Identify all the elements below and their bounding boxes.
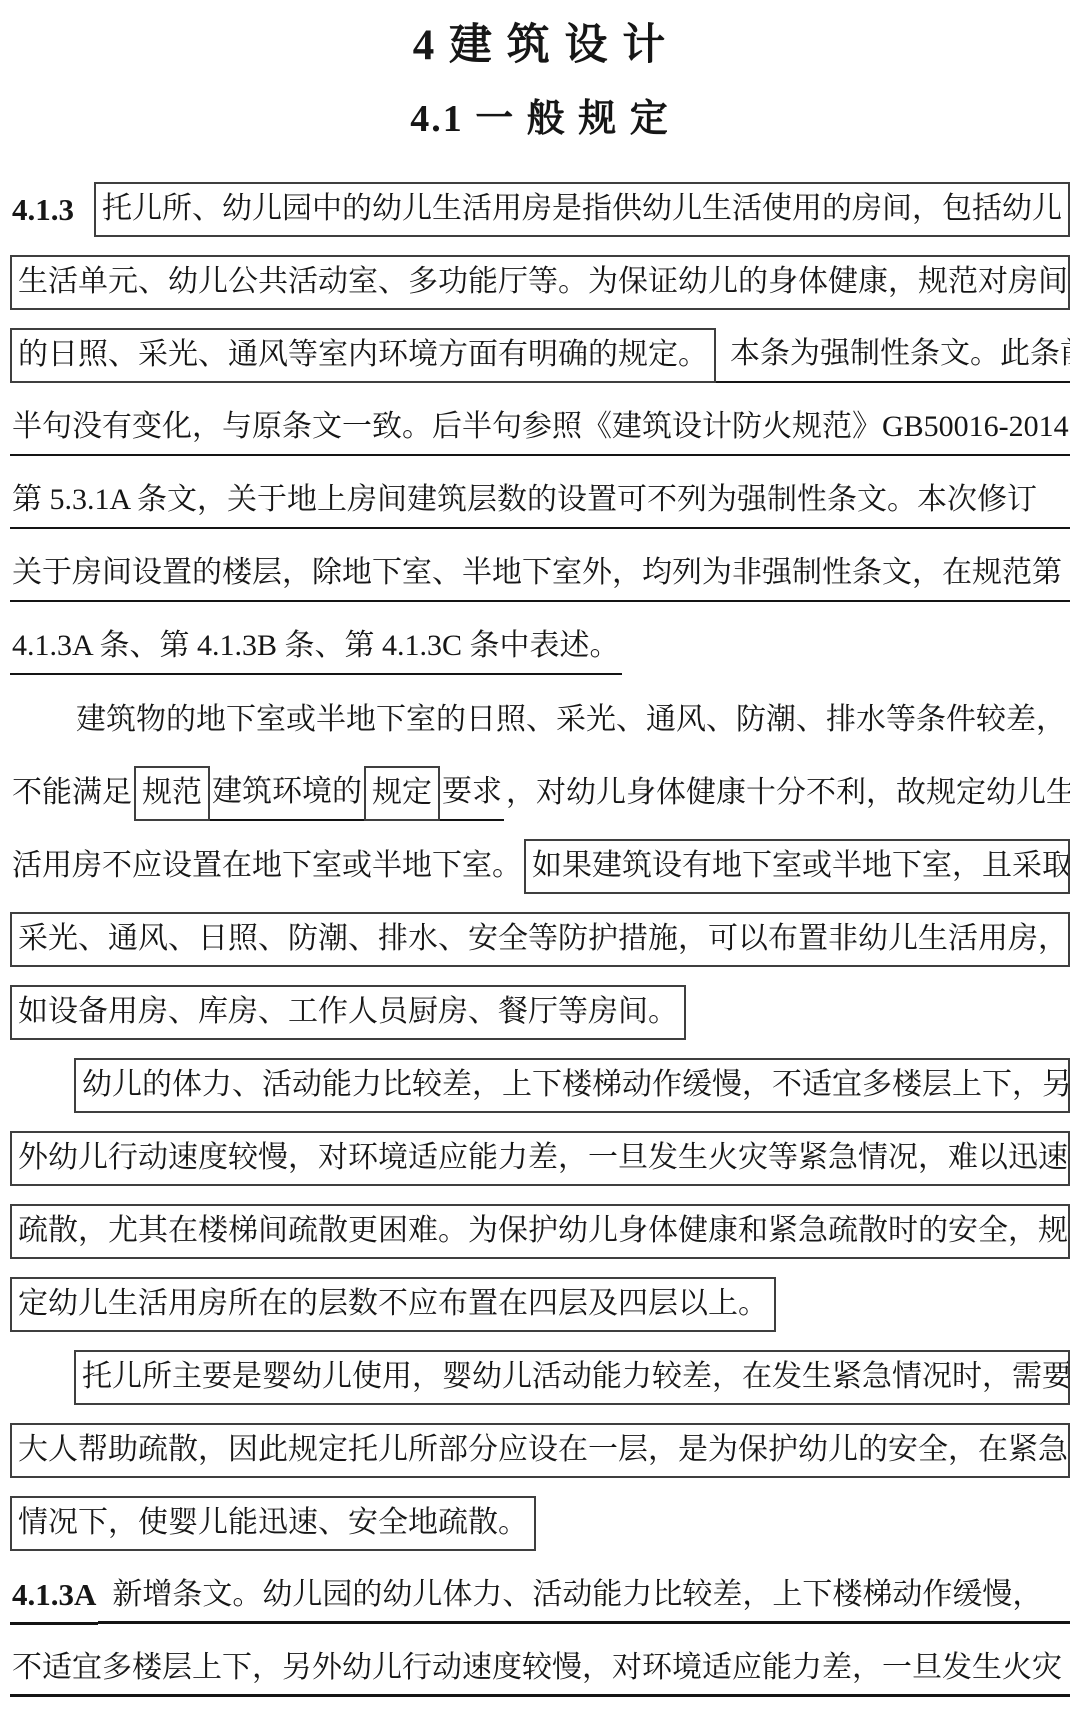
text-line: 关于房间设置的楼层，除地下室、半地下室外，均列为非强制性条文，在规范第 — [10, 538, 1070, 611]
text-line: 4.1.3A 条、第 4.1.3B 条、第 4.1.3C 条中表述。 — [10, 611, 1070, 684]
text-line: 的日照、采光、通风等室内环境方面有明确的规定。本条为强制性条文。此条前 — [10, 319, 1070, 392]
text-line: 活用房不应设置在地下室或半地下室。如果建筑设有地下室或半地下室，且采取 — [10, 830, 1070, 903]
text-line: 第 5.3.1A 条文，关于地上房间建筑层数的设置可不列为强制性条文。本次修订 — [10, 465, 1070, 538]
text-line: 如设备用房、库房、工作人员厨房、餐厅等房间。 — [10, 976, 1070, 1049]
text-line: 4.1.3托儿所、幼儿园中的幼儿生活用房是指供幼儿生活使用的房间，包括幼儿 — [10, 173, 1070, 246]
underlined-revision-text: 新增条文。幼儿园的幼儿体力、活动能力比较差，上下楼梯动作缓慢， — [98, 1569, 1070, 1625]
underlined-revision-text: 关于房间设置的楼层，除地下室、半地下室外，均列为非强制性条文，在规范第 — [10, 547, 1070, 602]
boxed-revision-text: 定幼儿生活用房所在的层数不应布置在四层及四层以上。 — [10, 1277, 776, 1332]
underlined-revision-text: 本条为强制性条文。此条前 — [716, 328, 1070, 383]
text-line: 情况下，使婴儿能迅速、安全地疏散。 — [10, 1487, 1070, 1560]
text-line: 大人帮助疏散，因此规定托儿所部分应设在一层，是为保护幼儿的安全，在紧急 — [10, 1414, 1070, 1487]
underlined-revision-text: 要求 — [440, 766, 504, 821]
boxed-revision-text: 规范 — [134, 766, 210, 821]
text-line: 建筑物的地下室或半地下室的日照、采光、通风、防潮、排水等条件较差， — [74, 684, 1070, 757]
underlined-revision-text: 建筑环境的 — [210, 766, 364, 821]
document-page: 4 建 筑 设 计 4.1 一 般 规 定 4.1.3托儿所、幼儿园中的幼儿生活… — [0, 0, 1080, 1706]
boxed-revision-text: 如设备用房、库房、工作人员厨房、餐厅等房间。 — [10, 985, 686, 1040]
text-line: 不适宜多楼层上下，另外幼儿行动速度较慢，对环境适应能力差，一旦发生火灾 — [10, 1633, 1070, 1706]
boxed-revision-text: 疏散，尤其在楼梯间疏散更困难。为保护幼儿身体健康和紧急疏散时的安全，规 — [10, 1204, 1070, 1259]
boxed-revision-text: 幼儿的体力、活动能力比较差，上下楼梯动作缓慢，不适宜多楼层上下，另 — [74, 1058, 1070, 1113]
chapter-title: 4 建 筑 设 计 — [10, 22, 1070, 69]
text-line: 疏散，尤其在楼梯间疏散更困难。为保护幼儿身体健康和紧急疏散时的安全，规 — [10, 1195, 1070, 1268]
text-line: 生活单元、幼儿公共活动室、多功能厅等。为保证幼儿的身体健康，规范对房间 — [10, 246, 1070, 319]
text-line: 4.1.3A新增条文。幼儿园的幼儿体力、活动能力比较差，上下楼梯动作缓慢， — [10, 1560, 1070, 1633]
body-text: 不能满足 — [10, 767, 134, 820]
body-text: 建筑物的地下室或半地下室的日照、采光、通风、防潮、排水等条件较差， — [74, 694, 1070, 747]
boxed-revision-text: 的日照、采光、通风等室内环境方面有明确的规定。 — [10, 328, 716, 383]
boxed-revision-text: 外幼儿行动速度较慢，对环境适应能力差，一旦发生火灾等紧急情况，难以迅速 — [10, 1131, 1070, 1186]
text-line: 幼儿的体力、活动能力比较差，上下楼梯动作缓慢，不适宜多楼层上下，另 — [74, 1049, 1070, 1122]
boxed-revision-text: 大人帮助疏散，因此规定托儿所部分应设在一层，是为保护幼儿的安全，在紧急 — [10, 1423, 1070, 1478]
document-body: 4.1.3托儿所、幼儿园中的幼儿生活用房是指供幼儿生活使用的房间，包括幼儿生活单… — [10, 173, 1070, 1706]
text-line: 外幼儿行动速度较慢，对环境适应能力差，一旦发生火灾等紧急情况，难以迅速 — [10, 1122, 1070, 1195]
text-line: 定幼儿生活用房所在的层数不应布置在四层及四层以上。 — [10, 1268, 1070, 1341]
boxed-revision-text: 生活单元、幼儿公共活动室、多功能厅等。为保证幼儿的身体健康，规范对房间 — [10, 255, 1070, 310]
boxed-revision-text: 托儿所、幼儿园中的幼儿生活用房是指供幼儿生活使用的房间，包括幼儿 — [94, 182, 1070, 237]
underlined-revision-text: 第 5.3.1A 条文，关于地上房间建筑层数的设置可不列为强制性条文。本次修订 — [10, 474, 1070, 529]
text-line: 托儿所主要是婴幼儿使用，婴幼儿活动能力较差，在发生紧急情况时，需要 — [74, 1341, 1070, 1414]
underlined-revision-text: 4.1.3A 条、第 4.1.3B 条、第 4.1.3C 条中表述。 — [10, 620, 622, 675]
boxed-revision-text: 规定 — [364, 766, 440, 821]
body-text: ，对幼儿身体健康十分不利，故规定幼儿生 — [504, 767, 1070, 820]
text-line: 采光、通风、日照、防潮、排水、安全等防护措施，可以布置非幼儿生活用房， — [10, 903, 1070, 976]
boxed-revision-text: 采光、通风、日照、防潮、排水、安全等防护措施，可以布置非幼儿生活用房， — [10, 912, 1070, 967]
text-line: 半句没有变化，与原条文一致。后半句参照《建筑设计防火规范》GB50016-201… — [10, 392, 1070, 465]
body-text: 活用房不应设置在地下室或半地下室。 — [10, 840, 524, 893]
clause-number: 4.1.3A — [10, 1568, 98, 1625]
boxed-revision-text: 如果建筑设有地下室或半地下室，且采取 — [524, 839, 1070, 894]
boxed-revision-text: 情况下，使婴儿能迅速、安全地疏散。 — [10, 1496, 536, 1551]
clause-number: 4.1.3 — [10, 183, 76, 237]
section-title: 4.1 一 般 规 定 — [10, 99, 1070, 141]
underlined-revision-text: 不适宜多楼层上下，另外幼儿行动速度较慢，对环境适应能力差，一旦发生火灾 — [10, 1642, 1070, 1698]
underlined-revision-text: 半句没有变化，与原条文一致。后半句参照《建筑设计防火规范》GB50016-201… — [10, 401, 1070, 456]
boxed-revision-text: 托儿所主要是婴幼儿使用，婴幼儿活动能力较差，在发生紧急情况时，需要 — [74, 1350, 1070, 1405]
text-line: 不能满足规范建筑环境的规定要求，对幼儿身体健康十分不利，故规定幼儿生 — [10, 757, 1070, 830]
